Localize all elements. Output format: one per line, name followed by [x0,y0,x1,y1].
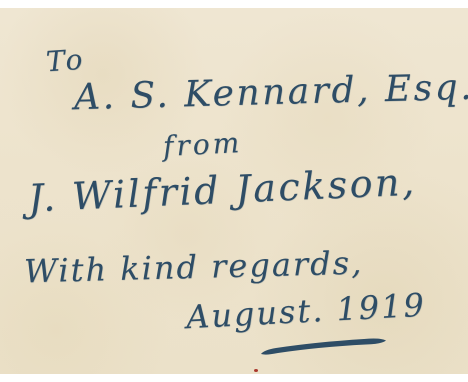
inscription-from-word: from [162,126,243,163]
inscription-photo: To A. S. Kennard, Esq. from J. Wilfrid J… [0,0,468,382]
inscription-salutation: To [45,43,87,79]
flourish-underline-stroke [258,336,390,358]
inscription-signature: J. Wilfrid Jackson, [27,160,417,221]
inscription-closing: With kind regards, [24,244,364,291]
inscription-recipient: A. S. Kennard, Esq. [74,67,468,118]
paper-blemish-dot [254,369,258,372]
book-page: To A. S. Kennard, Esq. from J. Wilfrid J… [0,8,468,374]
inscription-date: August. 1919 [185,286,427,337]
